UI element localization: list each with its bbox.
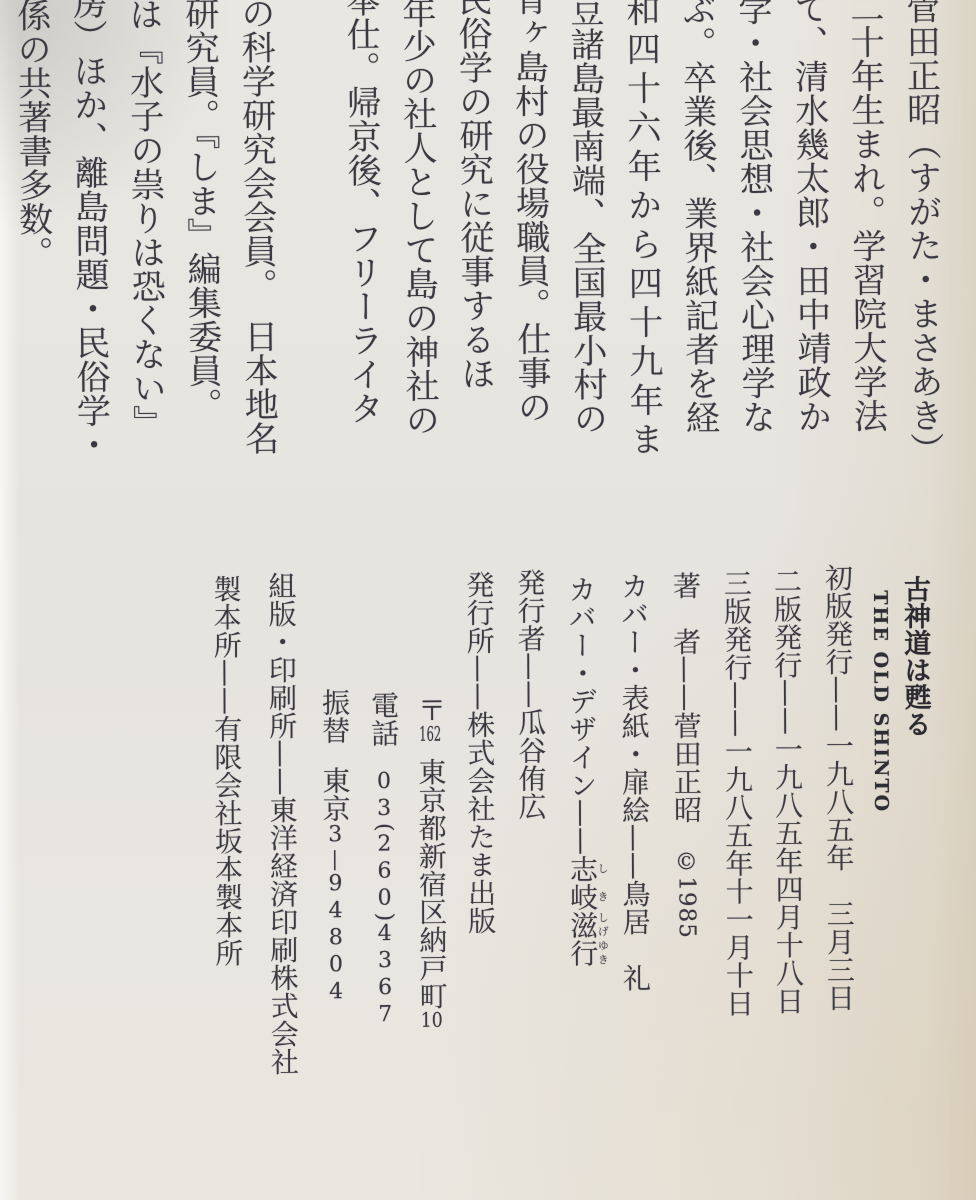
cover-art-line: カバー・表紙・扉絵——鳥居 礼 xyxy=(606,563,661,1200)
bio-column: ぶ。卒業後、業界紙記者を経 xyxy=(668,0,729,512)
designer-givenname: 滋行 xyxy=(566,911,599,967)
phone-paren-close: ) xyxy=(372,912,397,921)
phone-number-part: 4367 xyxy=(372,921,398,1029)
address-line: 〒162東京都新宿区納戸町10 xyxy=(406,564,455,1200)
bio-column: 和四十六年から四十九年ま xyxy=(612,0,673,513)
author-line: 著 者——菅田正昭©1985 xyxy=(658,562,713,1200)
bio-column: 奉仕。帰京後、フリーライタ xyxy=(332,0,393,515)
bio-column: の科学研究会会員。 日本地名 xyxy=(227,0,288,516)
edition-second-line: 二版発行——一九八五年四月十八日 xyxy=(760,562,813,1200)
transfer-number-part: 3 xyxy=(322,822,347,849)
cover-design-line: カバー・デザイン——志岐しき滋行しげゆき xyxy=(554,563,610,1200)
author-name: 菅田正昭 xyxy=(669,711,703,823)
copyright-notice: ©1985 xyxy=(673,849,699,939)
designer-surname-furigana: しき xyxy=(595,855,608,911)
address-text: 東京都新宿区納戸町 xyxy=(414,758,448,1010)
author-bio-section: 菅田正昭（すがた・まさあき） 二十年生まれ。学習院大学法 て、清水幾太郎・田中靖… xyxy=(3,0,953,518)
transfer-label: 振替 xyxy=(317,688,350,744)
bio-column: 係の共著書多数。 xyxy=(3,0,64,518)
phone-line: 電話03(260)4367 xyxy=(358,564,409,1200)
printer-line: 組版・印刷所——東洋経済印刷株式会社 xyxy=(252,564,311,1200)
book-colophon-page-photo: 菅田正昭（すがた・まさあき） 二十年生まれ。学習院大学法 て、清水幾太郎・田中靖… xyxy=(0,0,976,1200)
colophon-section: 古神道は甦る THE OLD SHINTO 初版発行——一九八五年 三月三日 二… xyxy=(198,561,934,1200)
book-title-english: THE OLD SHINTO xyxy=(862,561,899,1200)
bio-column: て、清水幾太郎・田中靖政か xyxy=(780,0,841,511)
phone-number-part: 260 xyxy=(371,831,396,912)
publishing-house-line: 発行所——株式会社たま出版 xyxy=(452,563,507,1200)
bio-column: 年少の社人として島の神社の xyxy=(388,0,449,515)
bio-column: 菅田正昭（すがた・まさあき） xyxy=(892,0,953,510)
transfer-dash: — xyxy=(322,849,347,871)
transfer-city: 東京 xyxy=(318,766,351,822)
book-title: 古神道は甦る xyxy=(896,561,933,1200)
phone-number-part: 03 xyxy=(371,769,396,823)
phone-paren-open: ( xyxy=(371,823,396,832)
edition-third-line: 三版発行——一九八五年十一月十日 xyxy=(710,562,763,1200)
author-label: 著 者—— xyxy=(668,571,702,711)
address-number: 10 xyxy=(419,1010,443,1030)
publisher-person-line: 発行者——瓜谷侑広 xyxy=(504,563,557,1200)
postal-transfer-line: 振替東京3—94804 xyxy=(308,564,361,1200)
designer-givenname-furigana: しげゆき xyxy=(596,911,609,967)
bio-column: 民俗学の研究に従事するほ xyxy=(444,0,505,514)
transfer-number-part: 94804 xyxy=(322,871,348,1006)
postal-mark-icon: 〒 xyxy=(414,696,447,724)
phone-label: 電話 xyxy=(366,691,399,747)
edition-first-line: 初版発行——一九八五年 三月三日 xyxy=(810,561,865,1200)
bio-column: 青ヶ島村の役場職員。仕事の xyxy=(500,0,561,514)
bio-column: 学・社会思想・社会心理学な xyxy=(724,0,785,512)
designer-surname: 志岐 xyxy=(565,855,598,911)
bio-column: 研究員。『しま』編集委員。 xyxy=(171,0,232,517)
designer-name: 志岐しき滋行しげゆき xyxy=(565,855,599,967)
bio-column: は『水子の祟りは恐くない』 xyxy=(115,0,176,517)
cover-design-label: カバー・デザイン—— xyxy=(564,575,598,855)
bio-column: 房）ほか、離島問題・民俗学・ xyxy=(59,0,120,518)
bio-column: 二十年生まれ。学習院大学法 xyxy=(836,0,897,511)
bindery-line: 製本所——有限会社坂本製本所 xyxy=(198,565,255,1200)
bio-column: 豆諸島最南端、全国最小村の xyxy=(556,0,617,513)
postal-code: 162 xyxy=(418,724,442,744)
